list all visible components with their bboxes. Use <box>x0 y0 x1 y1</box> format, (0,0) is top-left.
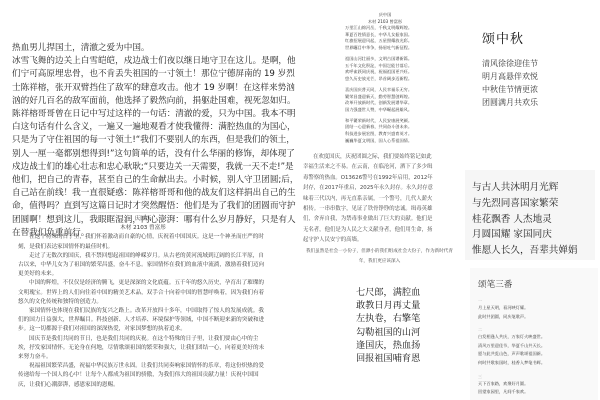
essay-paragraph: 走过了无数次的国庆，我不禁回想起祖国的峥嵘岁月。从古老的黄河流域到辽阔的长江平原… <box>18 252 268 280</box>
poem-line: 白发相逢人共庆，万家灯火映盛世。 <box>478 333 596 342</box>
poem-line: 万里江山绵河岳，千秋文明耀辉煌。 <box>345 25 425 32</box>
poem-line: 回报祖国哺育恩 <box>356 352 446 365</box>
essay-paragraph: 在欢度国庆，庆祝团圆之际，我们要始终铭记如此幸福生活来之不易。在云南，在临沧河，… <box>303 152 435 246</box>
poem-line: 月圆国耀 家国同庆 <box>472 227 597 243</box>
poem-line: 祖国山河壮丽多，文明古国谱新篇。 <box>345 56 425 63</box>
poem-line: 何时共歌家国时，桂香入梦笔书辉。 <box>478 359 596 368</box>
poem-ancients: 与古人共沐明月光辉 与先烈同喜国家繁荣 桂花飘香 人杰地灵 月圆国耀 家国同庆 … <box>472 180 597 259</box>
poem-mid-autumn: 颂中秋 清风徐徐迎佳节 明月高悬伴欢悦 中秋佳节情更浓 团圆满月共欢乐 <box>482 28 592 109</box>
essay-patriot-title: 热血男儿捍国土，清澈之爱为中国。 <box>12 42 302 55</box>
poem-line: 左执卷，右擎笔 <box>356 312 446 325</box>
poem-line: 愿与此共览山色，声声歌颂祖国新。 <box>478 350 596 359</box>
poem-title: 庆中国 <box>345 12 425 19</box>
essay-police: 在欢度国庆，庆祝团圆之际，我们要始终铭记如此幸福生活来之不易。在云南，在临沧河，… <box>303 152 435 254</box>
poem-youth: 七尺郎，满腔血 敢教日月再丈量 左执卷，右擎笔 勾勒祖国的山河 逢国庆，热血扬 … <box>356 286 446 365</box>
poem-line: 清风徐徐迎佳节 <box>482 57 592 70</box>
poem-line: 清风万里迎佳节，华夏千山共天长。 <box>478 342 596 351</box>
poem-national-day: 庆中国 木材 2103 曾富彤 万里江山绵河岳，千秋文明耀辉煌。 華夏百姓情意长… <box>345 12 425 149</box>
poem-line: 红旗招展迎风起，五星照耀放光彩。 <box>345 38 425 45</box>
poem-line: 此时共团圆，同庆笔歌声。 <box>478 313 596 322</box>
poem-line: 世界瞩目中华争，扬眉吐气新征程。 <box>345 45 425 52</box>
divider <box>78 212 200 213</box>
poem-line: 改革开放新时代，创新发展谱华章。 <box>345 100 425 107</box>
poem-line: 国力强盛世人赞，中华崛起展雄风。 <box>345 107 425 114</box>
poem-line: 逢国庆，热血扬 <box>356 339 446 352</box>
essay-paragraph: 我们虽然是社会一小份子，但渺小的我们组成社会大份子，作为新时代青年，我们更应该深… <box>302 247 457 267</box>
essay-paragraph: 在这个特殊的日子里，我们怀着激动而自豪的心情，庆祝着中国国庆。这是一个神圣而庄严… <box>18 233 268 251</box>
poem-line: 敢教日月再丈量 <box>356 299 446 312</box>
essay-author: 木材 2103 曾富彤 <box>18 224 268 233</box>
poem-line: 月上星天明，看河映灯耀。 <box>478 304 596 313</box>
essay-title: 庆国庆 <box>18 215 268 224</box>
poem-line: 欢呼雀跃同庆祝，祝福祖国更兴旺。 <box>345 69 425 76</box>
poem-line: 与古人共沐明月光辉 <box>472 180 597 196</box>
poem-line: 巍巍华夏文明国，国人心系祖国情。 <box>345 138 425 145</box>
poem-line: 团圆满月共欢乐 <box>482 96 592 109</box>
essay-paragraph: 国庆节是我们共同的节日，也是我们共同的庆祝。在这个特殊的日子里，让我们要由心中的… <box>18 335 268 363</box>
poem-line: 勾勒祖国的山河 <box>356 326 446 339</box>
essay-national-day: 庆国庆 木材 2103 曾富彤 在这个特殊的日子里，我们怀着激动而自豪的心情，庆… <box>18 215 268 390</box>
poem-stanza: 喜庆国庆普天同，人民幸福乐无穷。 繁荣昌盛迎新天，勤劳智慧创辉煌。 改革开放新时… <box>345 87 425 113</box>
essay-paragraph: 祝福祖国繁荣昌盛，祝福中华民族万世永固。让我们共同奏响家国情怀的乐章，将这份炽热… <box>18 362 268 390</box>
essay-youth-note: 我们虽然是社会一小份子，但渺小的我们组成社会大份子，作为新时代青年，我们更应该深… <box>302 247 457 267</box>
poem-stanza: 和平繁荣新时代，人民安康展笑颜。 团结一心迎新春，共同奋斗创未来。 科技进步展宏… <box>345 118 425 144</box>
poem-line: 中秋佳节情更浓 <box>482 83 592 96</box>
poem-line: 与先烈同喜国家繁荣 <box>472 196 597 212</box>
essay-paragraph: 家国情怀也体现在我们民族的复兴之路上。改革开放四十多年，中国取得了惊人的发展成就… <box>18 307 268 335</box>
poem-line: 科技进步展宏图，教育兴盛育英才。 <box>345 131 425 138</box>
essay-paragraph: 中国的辉煌，不仅仅是经济的腾飞，更是深深的文化底蕴。五千年的悠久历史，孕育出了璀… <box>18 279 268 307</box>
poem-title: 颂笔三番 <box>478 278 596 290</box>
poem-line: 团结一心迎新春，共同奋斗创未来。 <box>345 124 425 131</box>
poem-line: 天下百家路，欢聚好月圆。 <box>478 380 596 389</box>
poem-line: 悠久历史放光芒，昂首阔步迈新程。 <box>345 76 425 83</box>
poem-title: 颂中秋 <box>482 28 592 47</box>
poem-line: 明月高悬伴欢悦 <box>482 70 592 83</box>
poem-stanza: 万里江山绵河岳，千秋文明耀辉煌。 華夏百姓情意长，中华儿女振家国。 红旗招展迎风… <box>345 25 425 51</box>
poem-stanza: 祖国山河壮丽多，文明古国谱新篇。 五千年文化积淀，中国岂能甘落后。 欢呼雀跃同庆… <box>345 56 425 82</box>
poem-line: 喜庆国庆普天同，人民幸福乐无穷。 <box>345 87 425 94</box>
poem-line: 回望家园里，凡间千家欢。 <box>478 388 596 397</box>
poem-calligraphy: 颂笔三番 一 月上星天明，看河映灯耀。 此时共团圆，同庆笔歌声。 二 白发相逢人… <box>478 278 596 397</box>
poem-line: 惟愿人长久，吾辈共婵娟 <box>472 243 597 259</box>
poem-line: 桂花飘香 人杰地灵 <box>472 212 597 228</box>
poem-line: 七尺郎，满腔血 <box>356 286 446 299</box>
essay-patriot: 热血男儿捍国土，清澈之爱为中国。 冰雪飞舞的边关上白雪皑皑，戍边战士们夜以继日地… <box>12 42 302 240</box>
